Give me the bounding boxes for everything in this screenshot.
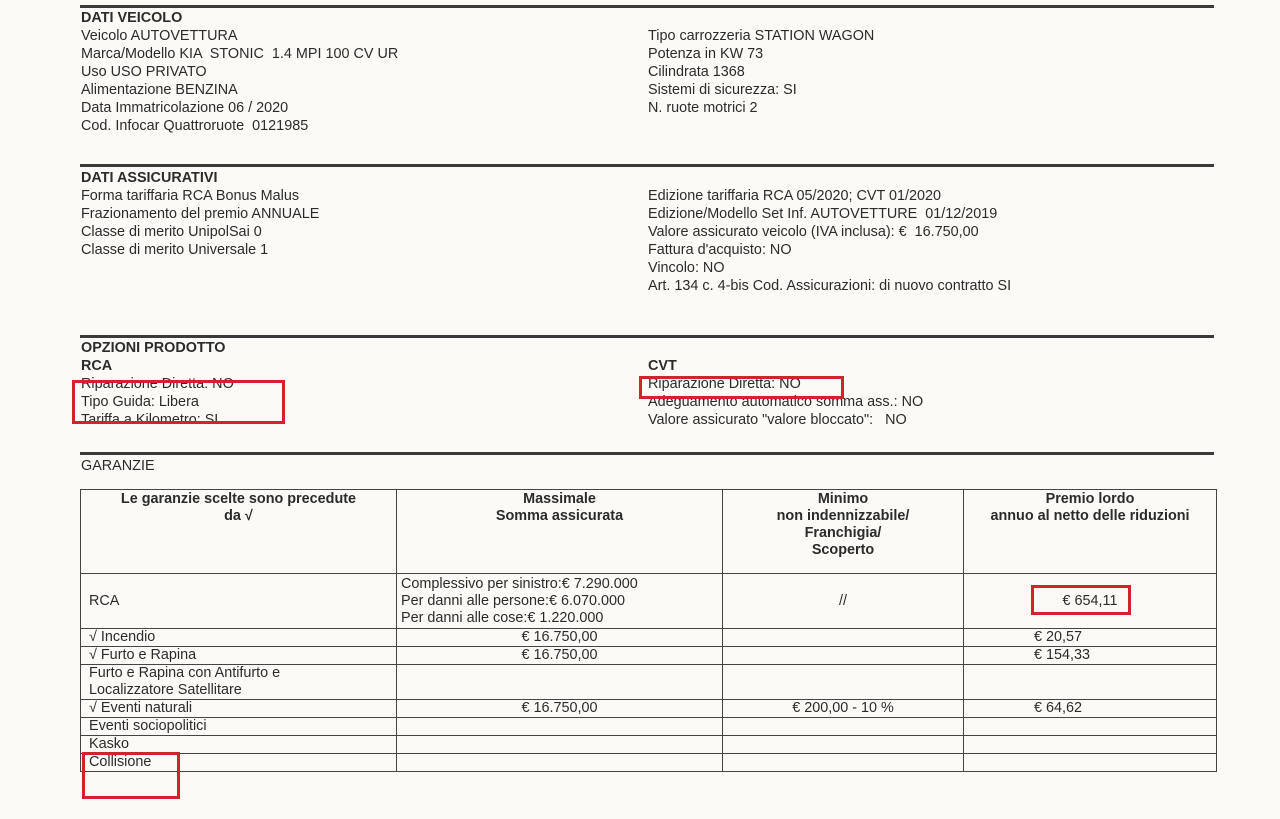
- garanzie-heading: GARANZIE: [81, 457, 155, 475]
- section-divider: [80, 164, 1214, 167]
- premio-cell: [964, 718, 1217, 736]
- garanzia-name: Furto e Rapina con Antifurto eLocalizzat…: [81, 665, 397, 700]
- vehicle-field: Cod. Infocar Quattroruote 0121985: [81, 117, 398, 135]
- massimale-cell: € 16.750,00: [397, 629, 723, 647]
- dati-assicurativi-right: Edizione tariffaria RCA 05/2020; CVT 01/…: [648, 187, 1011, 295]
- rca-option: Riparazione Diretta: NO: [81, 375, 234, 393]
- massimale-cell: [397, 736, 723, 754]
- opzioni-prodotto-cvt: CVT Riparazione Diretta: NOAdeguamento a…: [648, 357, 923, 429]
- cvt-option: Adeguamento automatico somma ass.: NO: [648, 393, 923, 411]
- minimo-cell: //: [723, 574, 964, 629]
- insurance-field: Edizione tariffaria RCA 05/2020; CVT 01/…: [648, 187, 1011, 205]
- cvt-subtitle: CVT: [648, 357, 923, 375]
- table-row: √ Eventi naturali€ 16.750,00€ 200,00 - 1…: [81, 700, 1217, 718]
- garanzia-name: Eventi sociopolitici: [81, 718, 397, 736]
- premio-cell: € 654,11: [964, 574, 1217, 629]
- minimo-cell: [723, 736, 964, 754]
- garanzie-table: Le garanzie scelte sono preceduteda √Mas…: [80, 489, 1217, 772]
- massimale-cell: € 16.750,00: [397, 700, 723, 718]
- vehicle-field: N. ruote motrici 2: [648, 99, 874, 117]
- dati-veicolo-right: Tipo carrozzeria STATION WAGONPotenza in…: [648, 27, 874, 117]
- massimale-cell: [397, 718, 723, 736]
- section-title-dati-assicurativi: DATI ASSICURATIVI: [81, 169, 319, 187]
- opzioni-prodotto-rca: OPZIONI PRODOTTO RCA Riparazione Diretta…: [81, 339, 234, 429]
- table-row: Collisione: [81, 754, 1217, 772]
- vehicle-field: Data Immatricolazione 06 / 2020: [81, 99, 398, 117]
- minimo-cell: [723, 647, 964, 665]
- table-row: Furto e Rapina con Antifurto eLocalizzat…: [81, 665, 1217, 700]
- section-divider: [80, 335, 1214, 338]
- section-divider: [80, 5, 1214, 8]
- vehicle-field: Cilindrata 1368: [648, 63, 874, 81]
- vehicle-field: Uso USO PRIVATO: [81, 63, 398, 81]
- cvt-option: Riparazione Diretta: NO: [648, 375, 923, 393]
- vehicle-field: Potenza in KW 73: [648, 45, 874, 63]
- section-title-dati-veicolo: DATI VEICOLO: [81, 9, 398, 27]
- dati-assicurativi-left: DATI ASSICURATIVI Forma tariffaria RCA B…: [81, 169, 319, 259]
- minimo-cell: [723, 665, 964, 700]
- premio-cell: € 154,33: [964, 647, 1217, 665]
- rca-subtitle: RCA: [81, 357, 234, 375]
- garanzia-name: √ Incendio: [81, 629, 397, 647]
- premio-cell: € 20,57: [964, 629, 1217, 647]
- insurance-field: Valore assicurato veicolo (IVA inclusa):…: [648, 223, 1011, 241]
- massimale-cell: [397, 665, 723, 700]
- table-row: Kasko: [81, 736, 1217, 754]
- minimo-cell: [723, 629, 964, 647]
- vehicle-field: Sistemi di sicurezza: SI: [648, 81, 874, 99]
- insurance-field: Vincolo: NO: [648, 259, 1011, 277]
- insurance-field: Forma tariffaria RCA Bonus Malus: [81, 187, 319, 205]
- garanzia-name: RCA: [81, 574, 397, 629]
- insurance-field: Art. 134 c. 4-bis Cod. Assicurazioni: di…: [648, 277, 1011, 295]
- insurance-field: Edizione/Modello Set Inf. AUTOVETTURE 01…: [648, 205, 1011, 223]
- vehicle-field: Veicolo AUTOVETTURA: [81, 27, 398, 45]
- premio-cell: € 64,62: [964, 700, 1217, 718]
- vehicle-field: Tipo carrozzeria STATION WAGON: [648, 27, 874, 45]
- minimo-cell: [723, 754, 964, 772]
- minimo-cell: € 200,00 - 10 %: [723, 700, 964, 718]
- vehicle-field: Marca/Modello KIA STONIC 1.4 MPI 100 CV …: [81, 45, 398, 63]
- insurance-field: Classe di merito UnipolSai 0: [81, 223, 319, 241]
- table-row: √ Incendio€ 16.750,00 € 20,57: [81, 629, 1217, 647]
- column-header: Minimonon indennizzabile/Franchigia/Scop…: [723, 490, 964, 574]
- section-title-opzioni-prodotto: OPZIONI PRODOTTO: [81, 339, 234, 357]
- premio-cell: [964, 736, 1217, 754]
- section-title-garanzie: GARANZIE: [81, 457, 155, 475]
- cvt-option: Valore assicurato "valore bloccato": NO: [648, 411, 923, 429]
- minimo-cell: [723, 718, 964, 736]
- garanzia-name: √ Eventi naturali: [81, 700, 397, 718]
- insurance-document-page: DATI VEICOLO Veicolo AUTOVETTURAMarca/Mo…: [0, 0, 1280, 819]
- insurance-field: Fattura d'acquisto: NO: [648, 241, 1011, 259]
- garanzia-name: √ Furto e Rapina: [81, 647, 397, 665]
- premio-cell: [964, 665, 1217, 700]
- column-header: Le garanzie scelte sono preceduteda √: [81, 490, 397, 574]
- rca-option: Tariffa a Kilometro: SI: [81, 411, 234, 429]
- massimale-cell: [397, 754, 723, 772]
- garanzia-name: Kasko: [81, 736, 397, 754]
- massimale-cell: € 16.750,00: [397, 647, 723, 665]
- insurance-field: Frazionamento del premio ANNUALE: [81, 205, 319, 223]
- premio-cell: [964, 754, 1217, 772]
- massimale-cell: Complessivo per sinistro:€ 7.290.000Per …: [397, 574, 723, 629]
- insurance-field: Classe di merito Universale 1: [81, 241, 319, 259]
- vehicle-field: Alimentazione BENZINA: [81, 81, 398, 99]
- table-header-row: Le garanzie scelte sono preceduteda √Mas…: [81, 490, 1217, 574]
- column-header: Premio lordoannuo al netto delle riduzio…: [964, 490, 1217, 574]
- table-row: Eventi sociopolitici: [81, 718, 1217, 736]
- table-row: √ Furto e Rapina€ 16.750,00 € 154,33: [81, 647, 1217, 665]
- section-divider: [80, 452, 1214, 455]
- garanzia-name: Collisione: [81, 754, 397, 772]
- column-header: MassimaleSomma assicurata: [397, 490, 723, 574]
- dati-veicolo-left: DATI VEICOLO Veicolo AUTOVETTURAMarca/Mo…: [81, 9, 398, 135]
- rca-option: Tipo Guida: Libera: [81, 393, 234, 411]
- table-row: RCAComplessivo per sinistro:€ 7.290.000P…: [81, 574, 1217, 629]
